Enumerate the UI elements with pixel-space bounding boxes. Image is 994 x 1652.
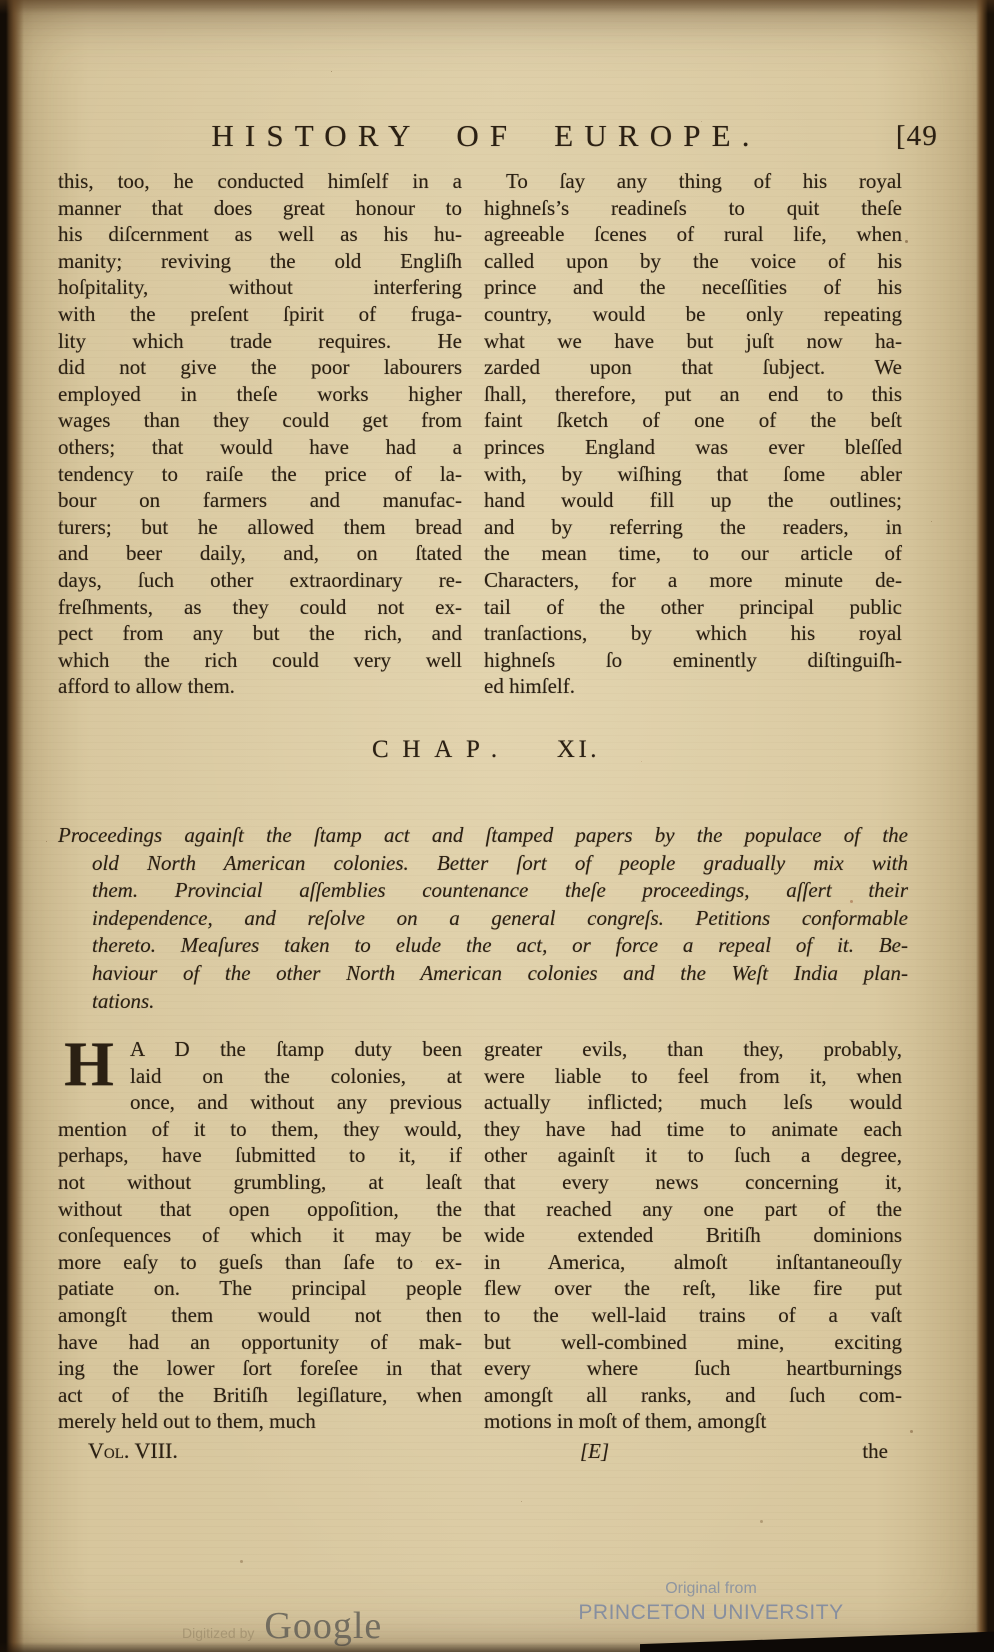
section1-left-column: this, too, he conducted himſelf in amann…: [58, 168, 462, 700]
text-line: in America, almoſt inſtantaneouſly: [484, 1249, 902, 1276]
chapter-heading: CHAP.XI.: [58, 736, 914, 764]
text-line: hand would fill up the outlines;: [484, 487, 902, 514]
text-line: without that open oppoſition, the: [58, 1196, 462, 1223]
text-line: patiate on. The principal people: [58, 1275, 462, 1302]
text-line: which the rich could very well: [58, 647, 462, 674]
section2-left-text: A D the ſtamp duty beenlaid on the colon…: [58, 1036, 462, 1435]
text-line: days, ſuch other extraordinary re-: [58, 567, 462, 594]
text-line: wide extended Britiſh dominions: [484, 1222, 902, 1249]
text-line: afford to allow them.: [58, 673, 462, 700]
text-line: them. Provincial aſſemblies countenance …: [58, 877, 908, 905]
text-line: called upon by the voice of his: [484, 248, 902, 275]
text-line: every where ſuch heartburnings: [484, 1355, 902, 1382]
text-line: motions in moſt of them, amongſt: [484, 1408, 902, 1435]
page-edge-top: [0, 0, 994, 14]
digitized-by-label: Digitized by: [182, 1625, 254, 1641]
text-line: not without grumbling, at leaſt: [58, 1169, 462, 1196]
text-line: Characters, for a more minute de-: [484, 567, 902, 594]
text-line: the mean time, to our article of: [484, 540, 902, 567]
text-line: thereto. Meaſures taken to elude the act…: [58, 932, 908, 960]
drop-cap-initial: H: [60, 1039, 118, 1091]
text-line: ing the lower ſort foreſee in that: [58, 1355, 462, 1382]
text-line: his diſcernment as well as his hu-: [58, 221, 462, 248]
page-edge-right: [976, 0, 994, 1652]
text-line: and beer daily, and, on ſtated: [58, 540, 462, 567]
running-header: HISTORY OF EUROPE.: [58, 118, 914, 154]
text-line: other againſt it to ſuch a degree,: [484, 1142, 902, 1169]
text-line: with, by wiſhing that ſome abler: [484, 461, 902, 488]
text-line: employed in theſe works higher: [58, 381, 462, 408]
text-line: act of the Britiſh legiſlature, when: [58, 1382, 462, 1409]
text-line: to the well-laid trains of a vaſt: [484, 1302, 902, 1329]
text-line: did not give the poor labourers: [58, 354, 462, 381]
text-line: perhaps, have ſubmitted to it, if: [58, 1142, 462, 1169]
section1-columns: this, too, he conducted himſelf in amann…: [58, 168, 902, 700]
text-line: bour on farmers and manufac-: [58, 487, 462, 514]
text-line: and by referring the readers, in: [484, 514, 902, 541]
text-line: more eaſy to gueſs than ſafe to ex-: [58, 1249, 462, 1276]
scanned-book-page: { "document": { "header": { "title": "HI…: [0, 0, 994, 1652]
original-from-label: Original from: [566, 1580, 856, 1598]
page-title: HISTORY OF EUROPE.: [211, 118, 760, 153]
text-line: zarded upon that ſubject. We: [484, 354, 902, 381]
text-line: that every news concerning it,: [484, 1169, 902, 1196]
text-line: but well-combined mine, exciting: [484, 1329, 902, 1356]
text-line: highneſs’s readineſs to quit theſe: [484, 195, 902, 222]
text-line: independence, and reſolve on a general c…: [58, 905, 908, 933]
text-line: ed himſelf.: [484, 673, 902, 700]
text-line: mention of it to them, they would,: [58, 1116, 462, 1143]
text-line: manner that does great honour to: [58, 195, 462, 222]
text-line: princes England was ever bleſſed: [484, 434, 902, 461]
section2-right-text: greater evils, than they, probably,were …: [484, 1036, 902, 1435]
page-edge-left: [0, 0, 24, 1652]
text-line: haviour of the other North American colo…: [58, 960, 908, 988]
text-line: faint ſketch of one of the beſt: [484, 407, 902, 434]
text-line: agreeable ſcenes of rural life, when: [484, 221, 902, 248]
text-line: turers; but he allowed them bread: [58, 514, 462, 541]
text-line: greater evils, than they, probably,: [484, 1036, 902, 1063]
text-line: once, and without any previous: [58, 1089, 462, 1116]
text-line: lity which trade requires. He: [58, 328, 462, 355]
text-line: pect from any but the rich, and: [58, 620, 462, 647]
page-number: [49: [896, 120, 938, 153]
text-line: flew over the reſt, like fire put: [484, 1275, 902, 1302]
text-line: A D the ſtamp duty been: [58, 1036, 462, 1063]
text-line: tail of the other principal public: [484, 594, 902, 621]
text-line: laid on the colonies, at: [58, 1063, 462, 1090]
section2-left-column: H A D the ſtamp duty beenlaid on the col…: [58, 1036, 462, 1465]
text-line: amongſt all ranks, and ſuch com-: [484, 1382, 902, 1409]
text-line: ſhall, therefore, put an end to this: [484, 381, 902, 408]
section2-right-column: greater evils, than they, probably,were …: [484, 1036, 902, 1465]
text-line: tendency to raiſe the price of la-: [58, 461, 462, 488]
text-line: wages than they could get from: [58, 407, 462, 434]
text-line: To ſay any thing of his royal: [484, 168, 902, 195]
text-line: actually inflicted; much leſs would: [484, 1089, 902, 1116]
chapter-word: CHAP.: [372, 736, 511, 763]
text-line: with the preſent ſpirit of fruga-: [58, 301, 462, 328]
text-line: prince and the neceſſities of his: [484, 274, 902, 301]
institution-label: PRINCETON UNIVERSITY: [566, 1601, 856, 1625]
text-line: freſhments, as they could not ex-: [58, 594, 462, 621]
text-line: they have had time to animate each: [484, 1116, 902, 1143]
section2-columns: H A D the ſtamp duty beenlaid on the col…: [58, 1036, 902, 1465]
volume-footer: Vol. VIII.: [88, 1438, 462, 1465]
book-page-paper: HISTORY OF EUROPE. this, too, he conduct…: [0, 0, 994, 1652]
text-line: merely held out to them, much: [58, 1408, 462, 1435]
printer-signature: [E]: [580, 1438, 609, 1465]
text-line: tations.: [58, 988, 908, 1016]
text-line: conſequences of which it may be: [58, 1222, 462, 1249]
chapter-numeral: XI.: [557, 736, 600, 763]
signature-row: [E] the: [484, 1438, 902, 1465]
text-line: what we have but juſt now ha-: [484, 328, 902, 355]
text-line: country, would be only repeating: [484, 301, 902, 328]
text-line: others; that would have had a: [58, 434, 462, 461]
text-line: amongſt them would not then: [58, 1302, 462, 1329]
text-line: hoſpitality, without interfering: [58, 274, 462, 301]
scan-shadow-bar: [640, 1628, 994, 1652]
text-line: were liable to feel from it, when: [484, 1063, 902, 1090]
text-line: manity; reviving the old Engliſh: [58, 248, 462, 275]
section1-right-column: To ſay any thing of his royalhighneſs’s …: [484, 168, 902, 700]
text-line: old North American colonies. Better ſort…: [58, 850, 908, 878]
text-line: that reached any one part of the: [484, 1196, 902, 1223]
text-line: this, too, he conducted himſelf in a: [58, 168, 462, 195]
text-line: Proceedings againſt the ſtamp act and ſt…: [58, 822, 908, 850]
text-line: highneſs ſo eminently diſtinguiſh-: [484, 647, 902, 674]
catchword: the: [862, 1438, 888, 1465]
text-line: tranſactions, by which his royal: [484, 620, 902, 647]
text-line: have had an opportunity of mak-: [58, 1329, 462, 1356]
provenance-watermark: Original from PRINCETON UNIVERSITY: [566, 1580, 856, 1625]
chapter-summary: Proceedings againſt the ſtamp act and ſt…: [58, 822, 908, 1015]
